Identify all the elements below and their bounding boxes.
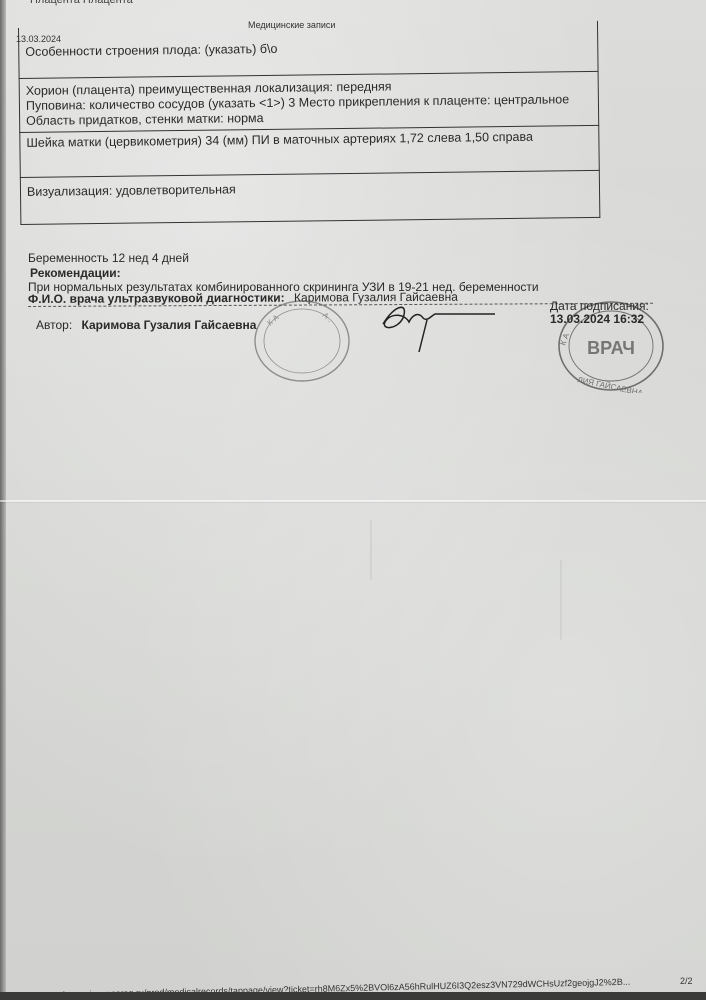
paper-crease — [560, 560, 562, 640]
handwritten-signature-icon — [375, 300, 505, 360]
sign-date-value: 13.03.2024 16:32 — [550, 313, 649, 326]
author-line: Автор: Каримова Гузалия Гайсаевна — [36, 318, 256, 332]
stamp-left-icon: К А А . — [252, 296, 352, 382]
sign-date-block: Дата подписания: 13.03.2024 16:32 — [550, 300, 649, 326]
author-name: Каримова Гузалия Гайсаевна — [82, 318, 257, 332]
cut-off-header-text: Плацента Плацента — [30, 0, 133, 6]
svg-text:ЛИЯ ГАЙСАЕВНА: ЛИЯ ГАЙСАЕВНА — [577, 375, 645, 393]
paper-fold-line — [0, 500, 706, 502]
row-text: Визуализация: удовлетворительная — [27, 178, 593, 200]
findings-table: Особенности строения плода: (указать) б\… — [18, 21, 600, 225]
table-row-fetal-structure: Особенности строения плода: (указать) б\… — [18, 21, 599, 79]
row-text: Особенности строения плода: (указать) б\… — [25, 38, 591, 60]
svg-text:К А: К А — [266, 312, 282, 327]
table-row-cervix: Шейка матки (цервикометрия) 34 (мм) ПИ в… — [19, 126, 600, 178]
author-label: Автор: — [36, 318, 72, 332]
doctor-label: Ф.И.О. врача ультразвуковой диагностики: — [28, 291, 285, 306]
recommendations-title: Рекомендации: — [30, 266, 121, 280]
svg-text:ВРАЧ: ВРАЧ — [587, 338, 635, 358]
table-row-chorion: Хорион (плацента) преимущественная локал… — [19, 72, 600, 133]
table-row-visualization: Визуализация: удовлетворительная — [20, 171, 601, 225]
footer-page-number: 2/2 — [680, 976, 693, 986]
pregnancy-term: Беременность 12 нед 4 дней — [28, 251, 189, 265]
paper-bottom-edge — [0, 992, 706, 1000]
row-text: Шейка матки (цервикометрия) 34 (мм) ПИ в… — [26, 129, 592, 151]
paper-crease — [370, 520, 372, 580]
